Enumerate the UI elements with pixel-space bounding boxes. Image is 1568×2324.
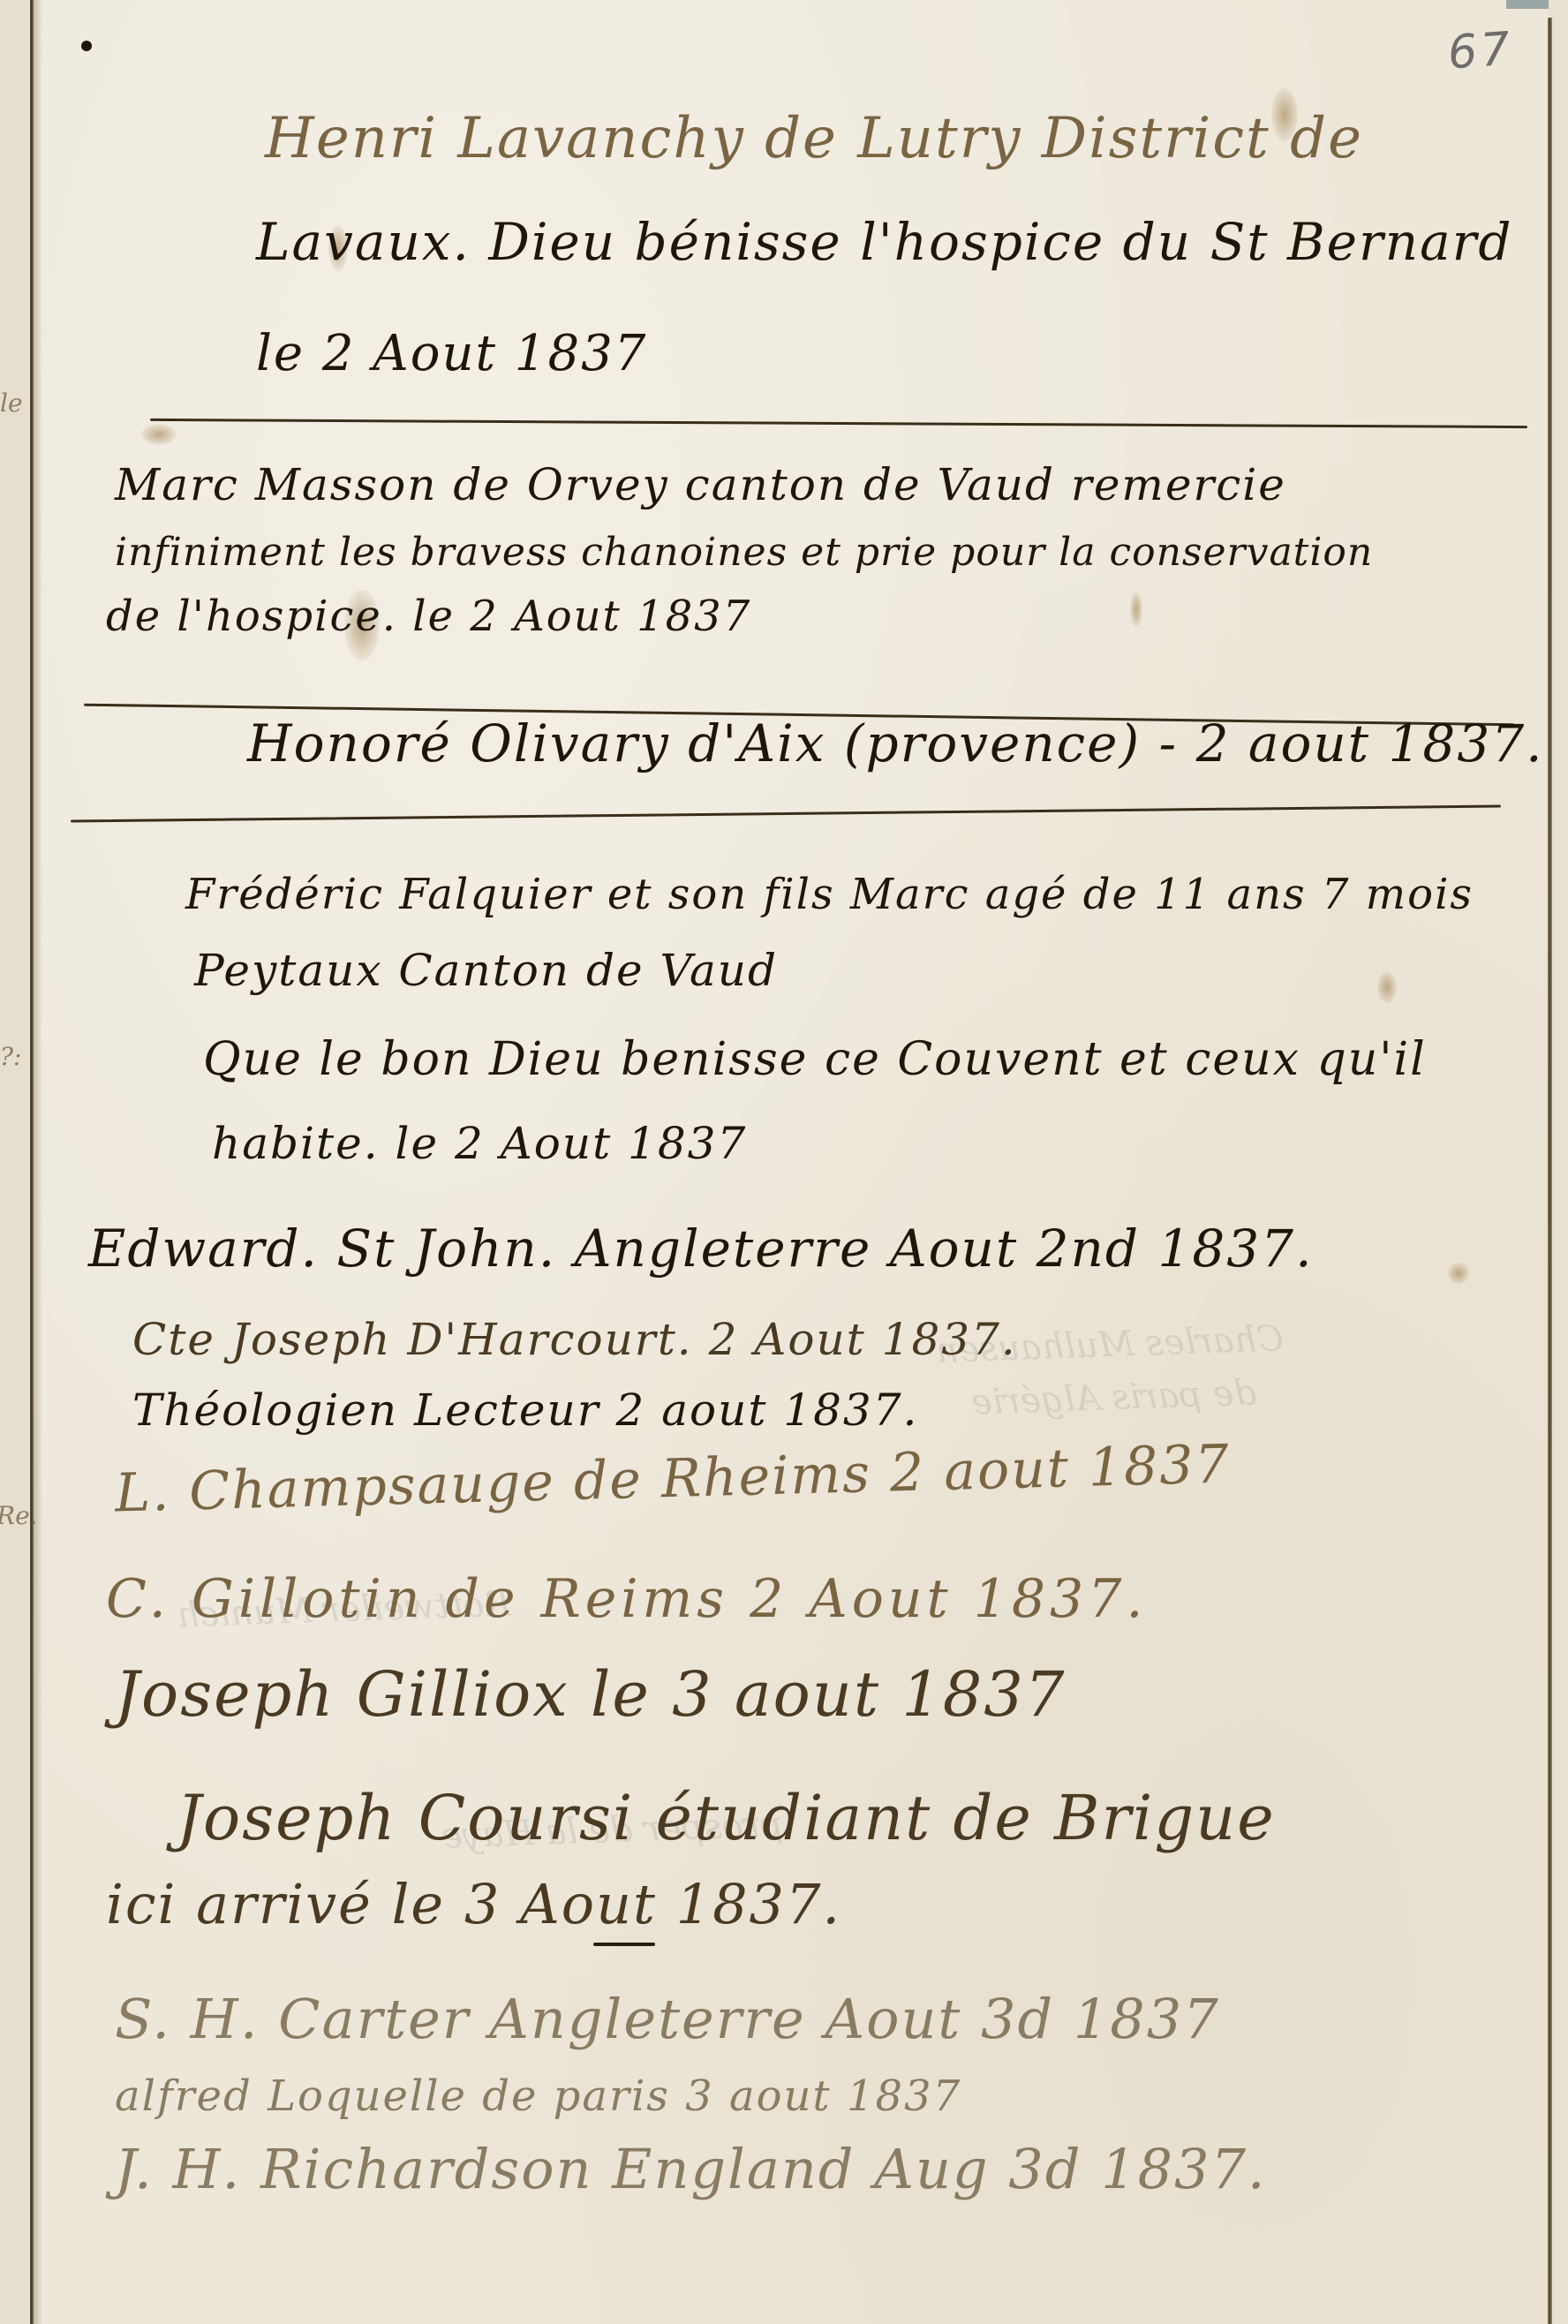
entry-2-line-3: de l'hospice. le 2 Aout 1837 — [106, 592, 751, 641]
margin-fragment: ?: — [0, 1042, 21, 1071]
entry-6-line-1: Cte Joseph D'Harcourt. 2 Aout 1837. — [132, 1314, 1017, 1365]
entry-11-line-1: Joseph Coursi étudiant de Brigue — [177, 1782, 1276, 1854]
entry-9-line-1: C. Gillotin de Reims 2 Aout 1837. — [106, 1568, 1147, 1630]
ink-spot — [1377, 971, 1397, 1003]
ink-spot — [1130, 592, 1142, 627]
separator-rule — [150, 419, 1527, 428]
entry-4-line-4: habite. le 2 Aout 1837 — [212, 1118, 747, 1169]
entry-8-line-1: L. Champsauge de Rheims 2 aout 1837 — [114, 1433, 1231, 1524]
ink-spot — [1448, 1263, 1469, 1284]
entry-3-line-1: Honoré Olivary d'Aix (provence) - 2 aout… — [247, 713, 1544, 773]
entry-1-line-2: Lavaux. Dieu bénisse l'hospice du St Ber… — [256, 212, 1513, 272]
right-edge-shadow — [1548, 18, 1552, 2324]
entry-1-line-3: le 2 Aout 1837 — [256, 325, 647, 382]
margin-fragment: le — [0, 389, 23, 418]
facing-page-margin-text: le ?: Re. — [0, 0, 30, 2324]
manuscript-page: le ?: Re. 67 Charles Mulhausen de paris … — [0, 0, 1568, 2324]
page-number: 67 — [1446, 22, 1515, 79]
entry-4-line-3: Que le bon Dieu benisse ce Couvent et ce… — [203, 1033, 1427, 1086]
ink-dot — [81, 41, 92, 51]
entry-4-line-2: Peytaux Canton de Vaud — [194, 945, 778, 996]
gutter-shadow — [34, 0, 42, 2324]
entry-10-line-1: Joseph Gilliox le 3 aout 1837 — [115, 1658, 1066, 1731]
entry-13-line-1: alfred Loquelle de paris 3 aout 1837 — [115, 2071, 961, 2121]
entry-7-line-1: Théologien Lecteur 2 aout 1837. — [132, 1385, 918, 1436]
entry-4-line-1: Frédéric Falquier et son fils Marc agé d… — [185, 870, 1474, 919]
entry-2-line-2: infiniment les bravess chanoines et prie… — [115, 530, 1373, 575]
entry-1-line-1: Henri Lavanchy de Lutry District de — [265, 106, 1363, 171]
entry-2-line-1: Marc Masson de Orvey canton de Vaud reme… — [115, 459, 1286, 510]
entry-5-line-1: Edward. St John. Angleterre Aout 2nd 183… — [88, 1219, 1314, 1279]
separator-rule — [71, 805, 1501, 823]
entry-11-line-2: ici arrivé le 3 Aout 1837. — [106, 1872, 841, 1936]
show-through-writing: de paris Algérie — [970, 1372, 1257, 1422]
entry-12-line-1: S. H. Carter Angleterre Aout 3d 1837 — [115, 1987, 1220, 2051]
entry-14-line-1: J. H. Richardson England Aug 3d 1837. — [115, 2137, 1267, 2201]
underline-date — [593, 1943, 655, 1946]
ink-spot — [141, 424, 177, 445]
